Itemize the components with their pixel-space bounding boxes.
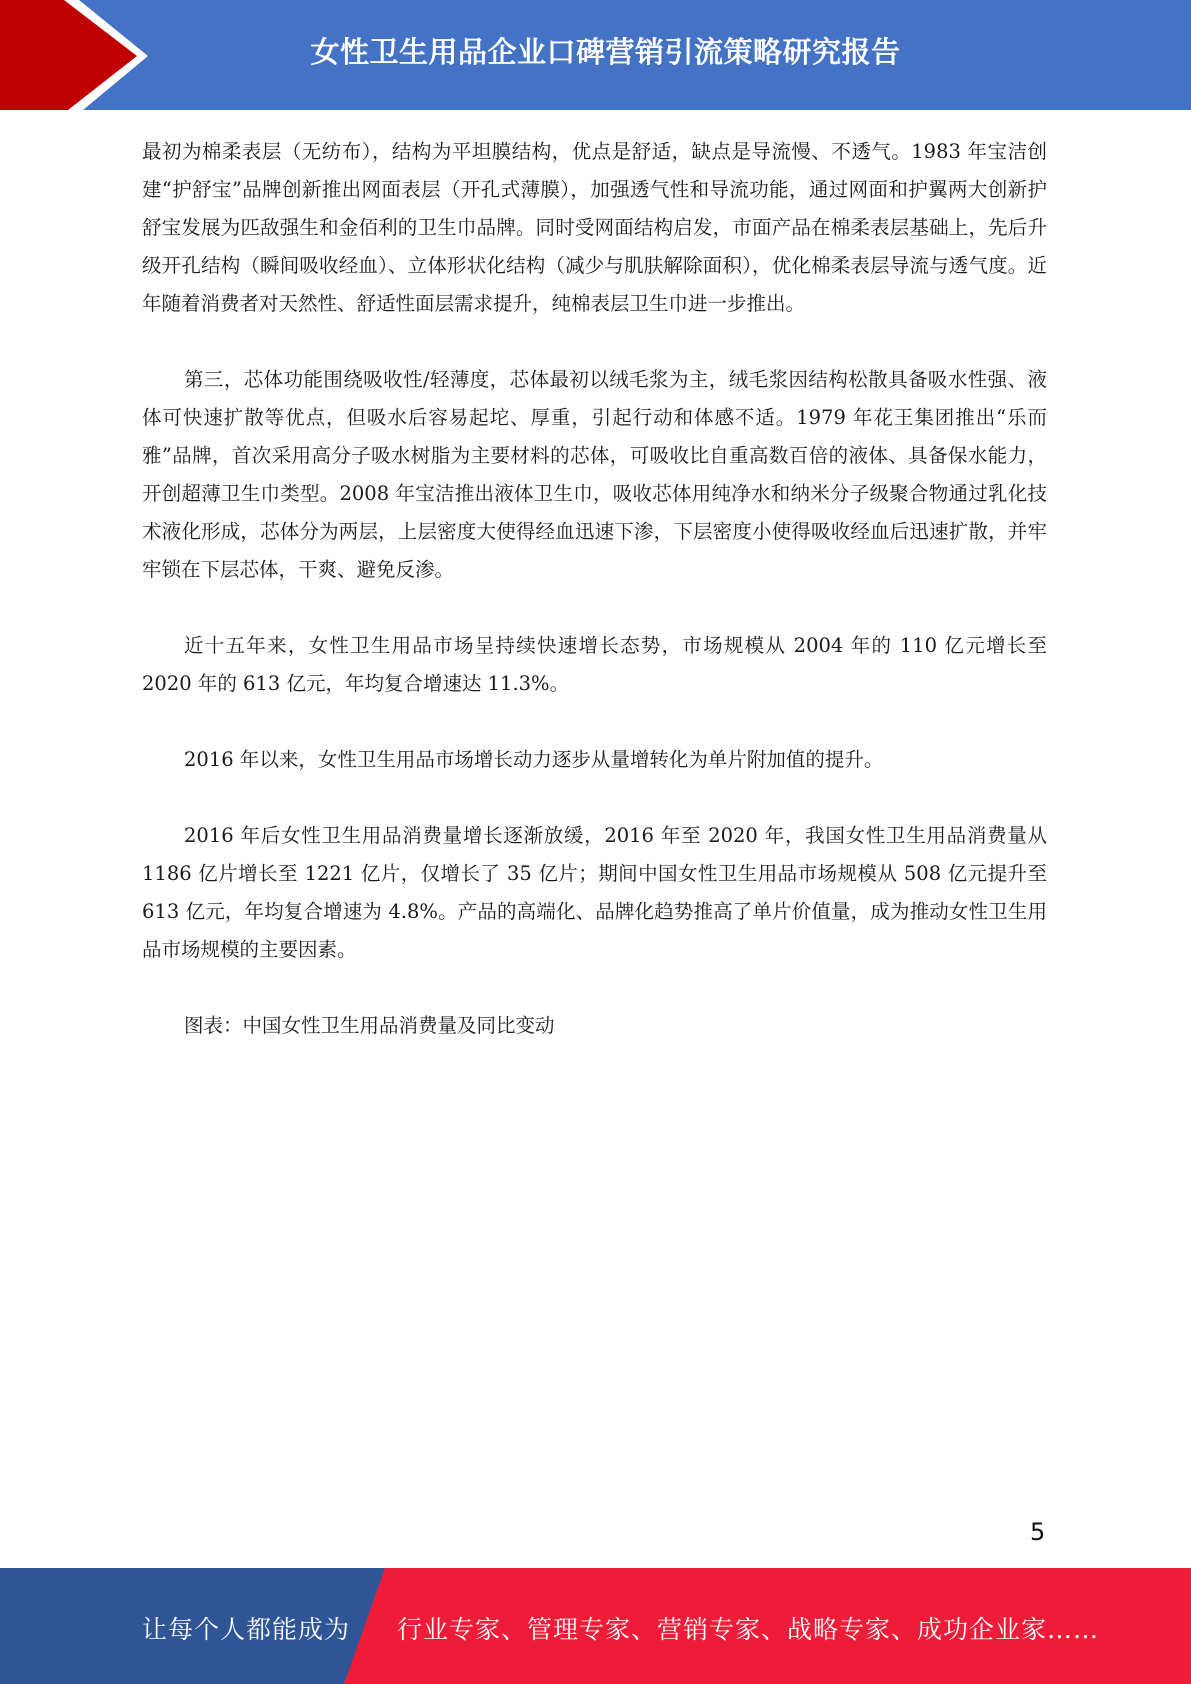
footer-slogan-left: 让每个人都能成为 xyxy=(142,1610,350,1646)
document-body: 最初为棉柔表层（无纺布），结构为平坦膜结构，优点是舒适，缺点是导流慢、不透气。1… xyxy=(142,133,1047,1045)
footer-slogan-right: 行业专家、管理专家、营销专家、战略专家、成功企业家…… xyxy=(397,1610,1099,1646)
paragraph-spacer xyxy=(142,703,1047,741)
figure-caption: 图表：中国女性卫生用品消费量及同比变动 xyxy=(142,1007,1047,1045)
paragraph-core-function: 第三，芯体功能围绕吸收性/轻薄度，芯体最初以绒毛浆为主，绒毛浆因结构松散具备吸水… xyxy=(142,361,1047,589)
paragraph-surface-layer: 最初为棉柔表层（无纺布），结构为平坦膜结构，优点是舒适，缺点是导流慢、不透气。1… xyxy=(142,133,1047,323)
report-title: 女性卫生用品企业口碑营销引流策略研究报告 xyxy=(0,30,1191,71)
page-header: 女性卫生用品企业口碑营销引流策略研究报告 xyxy=(0,0,1191,110)
paragraph-growth-driver: 2016 年以来，女性卫生用品市场增长动力逐步从量增转化为单片附加值的提升。 xyxy=(142,741,1047,779)
paragraph-consumption-slowdown: 2016 年后女性卫生用品消费量增长逐渐放缓，2016 年至 2020 年，我国… xyxy=(142,817,1047,969)
paragraph-market-growth: 近十五年来，女性卫生用品市场呈持续快速增长态势，市场规模从 2004 年的 11… xyxy=(142,627,1047,703)
paragraph-spacer xyxy=(142,323,1047,361)
paragraph-spacer xyxy=(142,969,1047,1007)
paragraph-spacer xyxy=(142,779,1047,817)
page-number: 5 xyxy=(1030,1518,1045,1546)
paragraph-spacer xyxy=(142,589,1047,627)
page-footer: 让每个人都能成为 行业专家、管理专家、营销专家、战略专家、成功企业家…… xyxy=(0,1568,1191,1684)
